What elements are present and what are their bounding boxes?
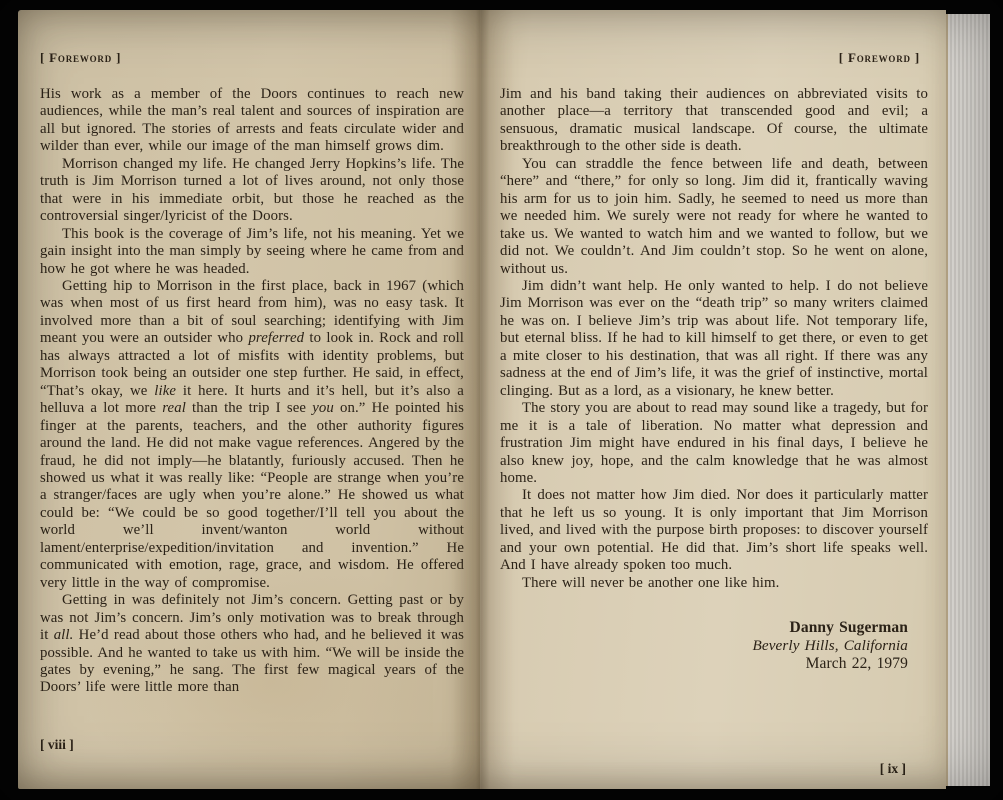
- left-page-number: [ viii ]: [40, 737, 74, 753]
- book-fore-edge-pages: [946, 14, 990, 786]
- paragraph: Morrison changed my life. He changed Jer…: [40, 156, 464, 226]
- signature-name: Danny Sugerman: [500, 619, 908, 637]
- paragraph: You can straddle the fence between life …: [500, 156, 928, 278]
- right-page-number: [ ix ]: [880, 761, 906, 777]
- right-page: [ Foreword ] Jim and his band taking the…: [480, 10, 946, 789]
- signature-block: Danny Sugerman Beverly Hills, California…: [500, 619, 928, 673]
- paragraph: Getting hip to Morrison in the first pla…: [40, 278, 464, 592]
- paragraph: His work as a member of the Doors contin…: [40, 86, 464, 156]
- signature-place: Beverly Hills, California: [500, 637, 908, 655]
- paragraph: Jim didn’t want help. He only wanted to …: [500, 278, 928, 400]
- signature-date: March 22, 1979: [500, 655, 908, 673]
- paragraph: The story you are about to read may soun…: [500, 400, 928, 487]
- left-page-body: His work as a member of the Doors contin…: [40, 86, 464, 697]
- paragraph: There will never be another one like him…: [500, 575, 928, 592]
- paragraph: This book is the coverage of Jim’s life,…: [40, 226, 464, 278]
- book-photo: [ Foreword ] His work as a member of the…: [0, 0, 1003, 800]
- paragraph: Getting in was definitely not Jim’s conc…: [40, 592, 464, 697]
- right-page-body: Jim and his band taking their audiences …: [500, 86, 928, 673]
- paragraph: Jim and his band taking their audiences …: [500, 86, 928, 156]
- right-page-header: [ Foreword ]: [839, 50, 920, 66]
- left-page-header: [ Foreword ]: [40, 50, 121, 66]
- left-page: [ Foreword ] His work as a member of the…: [18, 10, 480, 789]
- right-page-paragraphs: Jim and his band taking their audiences …: [500, 86, 928, 592]
- paragraph: It does not matter how Jim died. Nor doe…: [500, 487, 928, 574]
